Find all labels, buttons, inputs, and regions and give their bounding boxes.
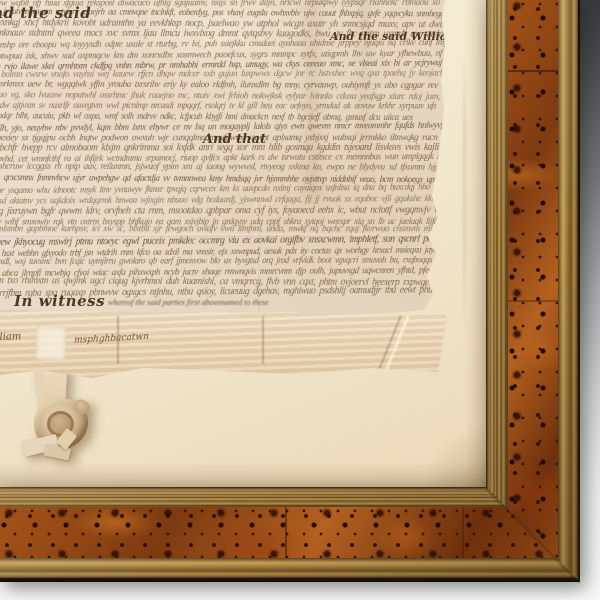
veneer-seam <box>508 70 558 72</box>
frame-right-rail <box>486 0 580 582</box>
frame-outer-edge-bottom <box>0 578 580 582</box>
burl-veneer-bottom <box>0 507 580 558</box>
frame-outer-edge-right <box>578 0 580 582</box>
frame-bottom-rail <box>0 487 580 582</box>
veneer-seam <box>508 300 558 302</box>
veneer-seam <box>462 507 464 558</box>
burl-veneer-right <box>508 0 558 582</box>
framed-document-photo: symnnwbr katba nkplkn soeuwmv hfyk araut… <box>0 0 600 600</box>
picture-frame <box>0 0 600 600</box>
gilt-outer-edge-right <box>558 0 578 582</box>
veneer-seam <box>285 507 287 558</box>
gilt-outer-edge-bottom <box>0 558 580 578</box>
